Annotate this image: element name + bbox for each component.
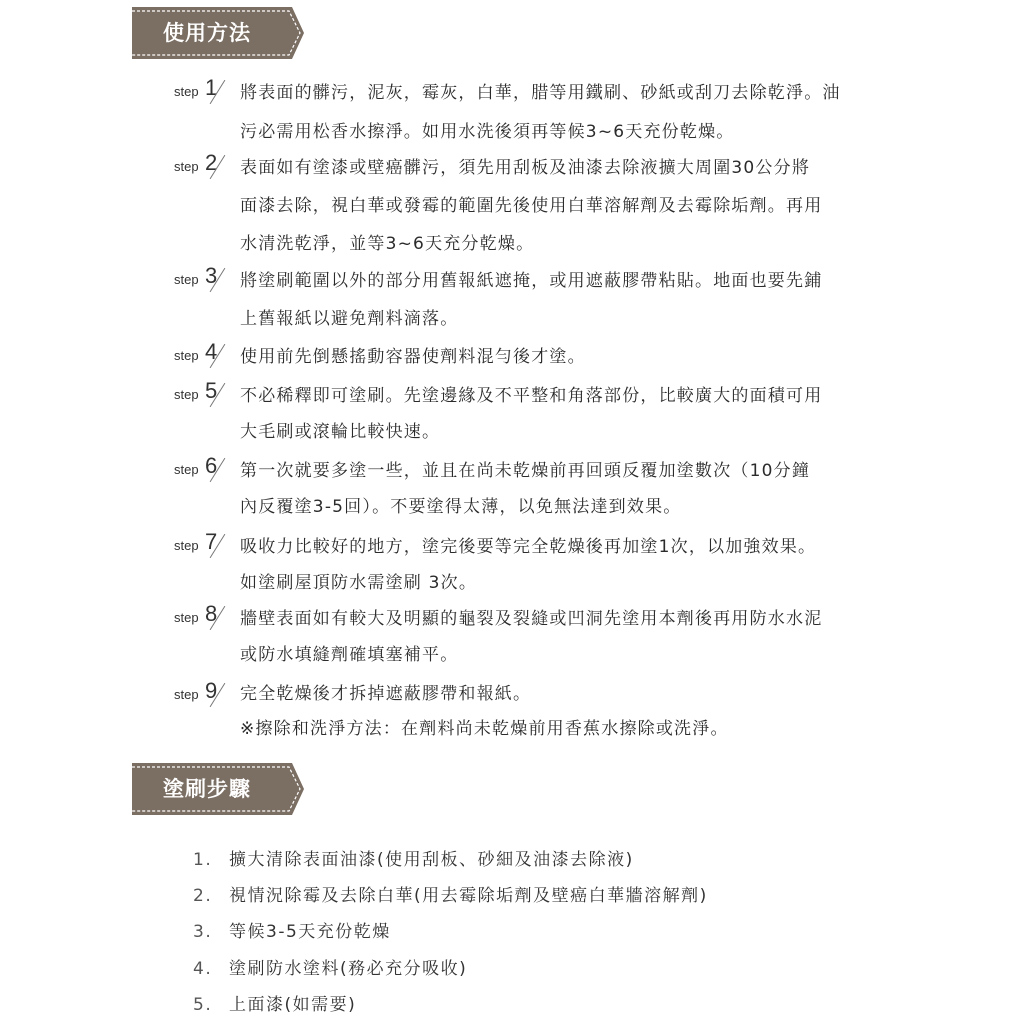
list-item: 5.上面漆(如需要): [193, 990, 356, 1015]
step-text-line: 表面如有塗漆或壁癌髒污，須先用刮板及油漆去除液擴大周圍30公分將: [240, 153, 810, 178]
step-text-line: 如塗刷屋頂防水需塗刷 3次。: [240, 568, 477, 593]
step-text-line: 第一次就要多塗一些，並且在尚未乾燥前再回頭反覆加塗數次（10分鐘: [240, 456, 810, 481]
step-text-line: 不必稀釋即可塗刷。先塗邊緣及不平整和角落部份，比較廣大的面積可用: [240, 381, 822, 406]
step-text-line: 水清洗乾淨，並等3~6天充分乾燥。: [240, 229, 534, 254]
step-note: ※擦除和洗淨方法：在劑料尚未乾燥前用香蕉水擦除或洗淨。: [240, 714, 729, 739]
step-text-line: 大毛刷或滾輪比較快速。: [240, 417, 440, 442]
step-label: step 5: [174, 379, 238, 409]
step-text-line: 牆壁表面如有較大及明顯的龜裂及裂縫或凹洞先塗用本劑後再用防水水泥: [240, 604, 822, 629]
step-label: step 6: [174, 454, 238, 484]
step-text-line: 上舊報紙以避免劑料滴落。: [240, 304, 458, 329]
step-text-line: 面漆去除，視白華或發霉的範圍先後使用白華溶解劑及去霉除垢劑。再用: [240, 191, 822, 216]
section-title: 使用方法: [132, 7, 282, 59]
list-item: 4.塗刷防水塗料(務必充分吸收): [193, 954, 467, 979]
section-title: 塗刷步驟: [132, 763, 282, 815]
step-label: step 2: [174, 151, 238, 181]
list-item: 3.等候3-5天充份乾燥: [193, 917, 391, 942]
step-label: step 4: [174, 340, 238, 370]
step-text-line: 使用前先倒懸搖動容器使劑料混勻後才塗。: [240, 342, 586, 367]
step-text-line: 將塗刷範圍以外的部分用舊報紙遮掩，或用遮蔽膠帶粘貼。地面也要先鋪: [240, 266, 822, 291]
list-item: 2.視情況除霉及去除白華(用去霉除垢劑及壁癌白華牆溶解劑): [193, 881, 708, 906]
step-text-line: 或防水填縫劑確填塞補平。: [240, 640, 458, 665]
step-label: step 9: [174, 679, 238, 709]
step-text-line: 吸收力比較好的地方，塗完後要等完全乾燥後再加塗1次，以加強效果。: [240, 532, 816, 557]
step-text-line: 內反覆塗3-5回）。不要塗得太薄，以免無法達到效果。: [240, 492, 681, 517]
step-label: step 8: [174, 602, 238, 632]
step-text-line: 污必需用松香水擦淨。如用水洗後須再等候3~6天充份乾燥。: [240, 117, 734, 142]
step-text-line: 完全乾燥後才拆掉遮蔽膠帶和報紙。: [240, 679, 531, 704]
section-banner-painting-steps: 塗刷步驟: [132, 763, 304, 815]
step-text-line: 將表面的髒污，泥灰，霉灰，白華，腊等用鐵刷、砂紙或刮刀去除乾淨。油: [240, 78, 841, 103]
step-label: step 1: [174, 76, 238, 106]
step-label: step 7: [174, 530, 238, 560]
list-item: 1.擴大清除表面油漆(使用刮板、砂細及油漆去除液): [193, 845, 634, 870]
step-label: step 3: [174, 264, 238, 294]
section-banner-usage: 使用方法: [132, 7, 304, 59]
